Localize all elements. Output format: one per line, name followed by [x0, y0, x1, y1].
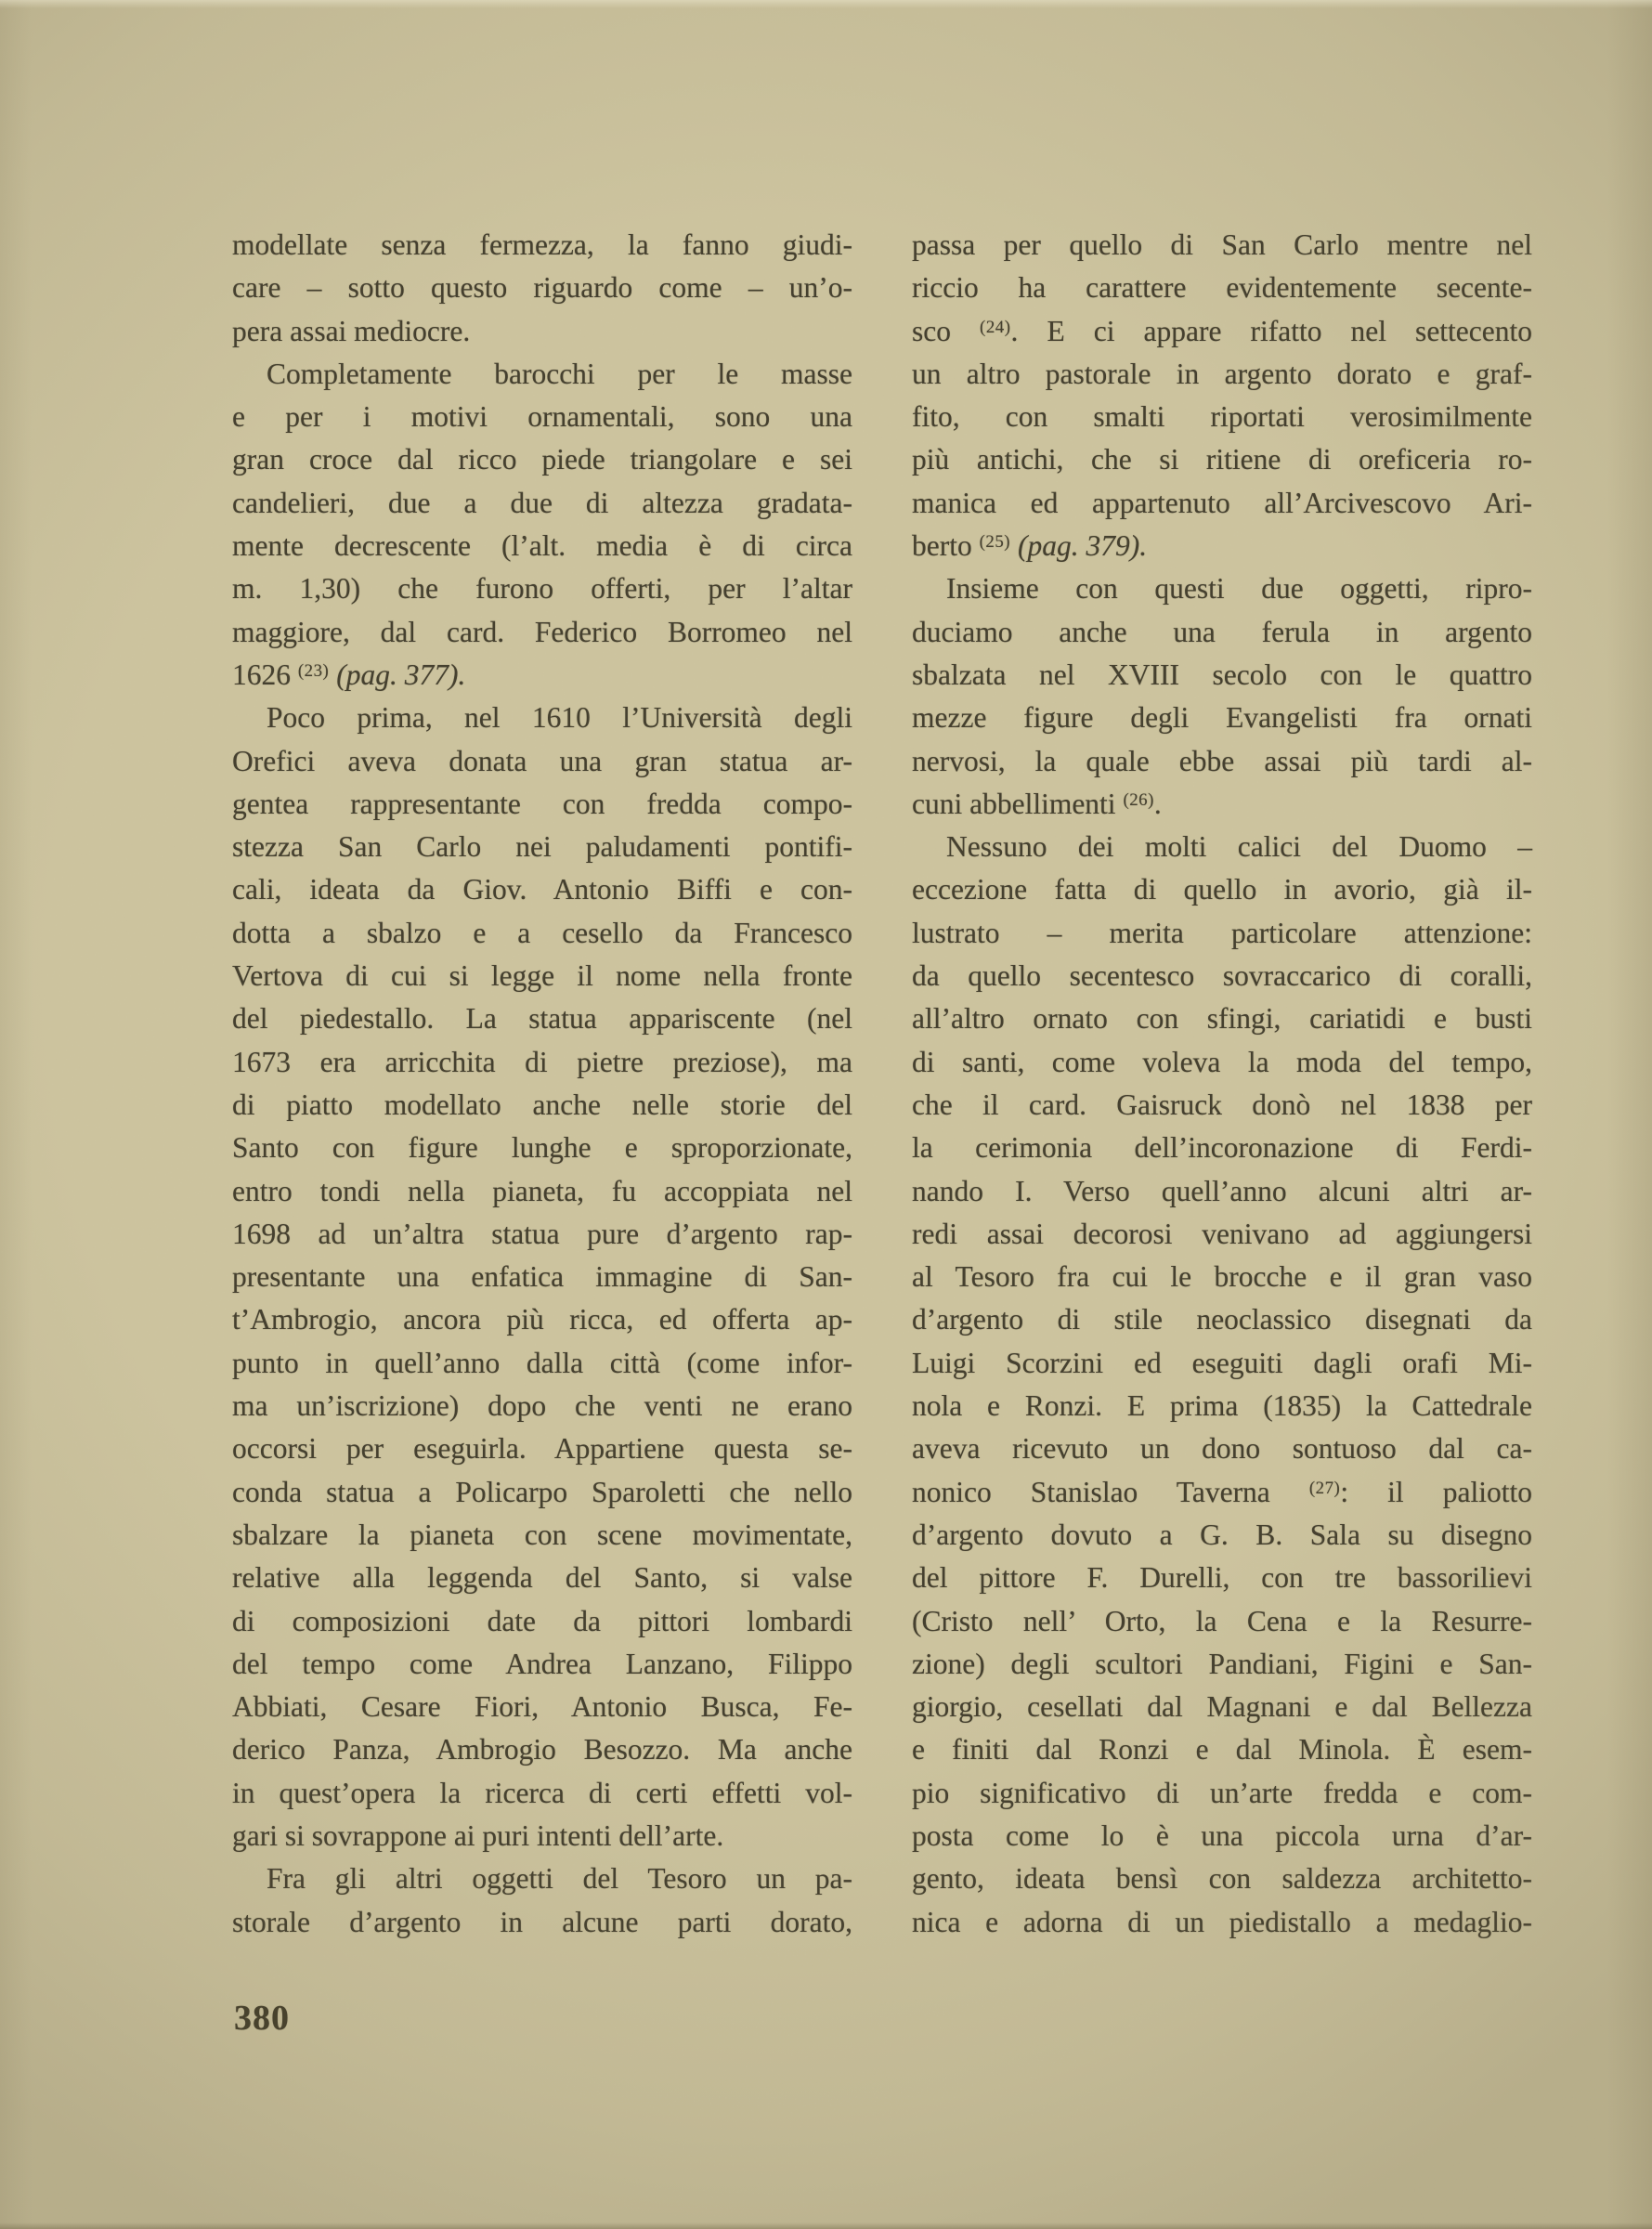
- text-line: cuni abbellimenti (26).: [912, 783, 1532, 826]
- text-line: entro tondi nella pianeta, fu accoppiata…: [232, 1170, 852, 1213]
- text-line: Orefici aveva donata una gran statua ar-: [232, 740, 852, 783]
- text-line: m. 1,30) che furono offerti, per l’altar: [232, 567, 852, 610]
- footnote-ref: (23): [298, 661, 329, 681]
- text-line: nando I. Verso quell’anno alcuni altri a…: [912, 1170, 1532, 1213]
- text-line: occorsi per eseguirla. Appartiene questa…: [232, 1427, 852, 1470]
- text-line: 1626 (23) (pag. 377).: [232, 654, 852, 697]
- text-line: berto (25) (pag. 379).: [912, 525, 1532, 567]
- text-line: Vertova di cui si legge il nome nella fr…: [232, 955, 852, 997]
- page-reference: (pag. 377).: [336, 658, 465, 691]
- text-line: gento, ideata bensì con saldezza archite…: [912, 1857, 1532, 1900]
- text-line: Fra gli altri oggetti del Tesoro un pa-: [232, 1857, 852, 1900]
- text-line: nonico Stanislao Taverna (27): il paliot…: [912, 1471, 1532, 1514]
- text-line: di composizioni date da pittori lombardi: [232, 1600, 852, 1643]
- text-line: Nessuno dei molti calici del Duomo –: [912, 826, 1532, 868]
- page-reference: (pag. 379).: [1018, 529, 1147, 562]
- text-line: giorgio, cesellati dal Magnani e dal Bel…: [912, 1686, 1532, 1728]
- text-line: modellate senza fermezza, la fanno giudi…: [232, 224, 852, 267]
- text-line: Insieme con questi due oggetti, ripro-: [912, 567, 1532, 610]
- text-line: candelieri, due a due di altezza gradata…: [232, 482, 852, 525]
- text-line: relative alla leggenda del Santo, si val…: [232, 1557, 852, 1599]
- text-line: nica e adorna di un piedistallo a medagl…: [912, 1901, 1532, 1944]
- text-line: al Tesoro fra cui le brocche e il gran v…: [912, 1256, 1532, 1298]
- text-line: sco (24). E ci appare rifatto nel settec…: [912, 310, 1532, 353]
- text-line: riccio ha carattere evidentemente secent…: [912, 267, 1532, 309]
- text-line: stezza San Carlo nei paludamenti pontifi…: [232, 826, 852, 868]
- footnote-ref: (27): [1309, 1479, 1340, 1498]
- text-line: più antichi, che si ritiene di oreficeri…: [912, 438, 1532, 481]
- text-line: passa per quello di San Carlo mentre nel: [912, 224, 1532, 267]
- text-line: sbalzare la pianeta con scene movimentat…: [232, 1514, 852, 1557]
- text-line: redi assai decorosi venivano ad aggiunge…: [912, 1213, 1532, 1256]
- text-line: gari si sovrappone ai puri intenti dell’…: [232, 1815, 852, 1857]
- text-line: punto in quell’anno dalla città (come in…: [232, 1342, 852, 1385]
- text-line: conda statua a Policarpo Sparoletti che …: [232, 1471, 852, 1514]
- book-page-scan: modellate senza fermezza, la fanno giudi…: [0, 0, 1652, 2229]
- text-line: duciamo anche una ferula in argento: [912, 611, 1532, 654]
- text-line: cali, ideata da Giov. Antonio Biffi e co…: [232, 868, 852, 911]
- text-line: d’argento di stile neoclassico disegnati…: [912, 1298, 1532, 1341]
- text-line: nervosi, la quale ebbe assai più tardi a…: [912, 740, 1532, 783]
- footnote-ref: (25): [980, 532, 1010, 552]
- text-line: maggiore, dal card. Federico Borromeo ne…: [232, 611, 852, 654]
- text-line: che il card. Gaisruck donò nel 1838 per: [912, 1084, 1532, 1127]
- text-line: da quello secentesco sovraccarico di cor…: [912, 955, 1532, 997]
- text-line: mente decrescente (l’alt. media è di cir…: [232, 525, 852, 567]
- page-number: 380: [234, 2001, 290, 2036]
- text-line: Completamente barocchi per le masse: [232, 353, 852, 396]
- text-line: lustrato – merita particolare attenzione…: [912, 912, 1532, 955]
- text-line: un altro pastorale in argento dorato e g…: [912, 353, 1532, 396]
- text-line: del tempo come Andrea Lanzano, Filippo: [232, 1643, 852, 1686]
- text-line: t’Ambrogio, ancora più ricca, ed offerta…: [232, 1298, 852, 1341]
- text-line: pera assai mediocre.: [232, 310, 852, 353]
- text-line: (Cristo nell’ Orto, la Cena e la Resurre…: [912, 1600, 1532, 1643]
- text-line: gentea rappresentante con fredda compo-: [232, 783, 852, 826]
- text-line: di piatto modellato anche nelle storie d…: [232, 1084, 852, 1127]
- text-line: la cerimonia dell’incoronazione di Ferdi…: [912, 1127, 1532, 1169]
- text-line: del pittore F. Durelli, con tre bassoril…: [912, 1557, 1532, 1599]
- text-line: Santo con figure lunghe e sproporzionate…: [232, 1127, 852, 1169]
- text-line: gran croce dal ricco piede triangolare e…: [232, 438, 852, 481]
- text-line: d’argento dovuto a G. B. Sala su disegno: [912, 1514, 1532, 1557]
- text-line: posta come lo è una piccola urna d’ar-: [912, 1815, 1532, 1857]
- text-line: dotta a sbalzo e a cesello da Francesco: [232, 912, 852, 955]
- text-line: Poco prima, nel 1610 l’Università degli: [232, 697, 852, 739]
- text-line: fito, con smalti riportati verosimilment…: [912, 396, 1532, 438]
- text-line: 1698 ad un’altra statua pure d’argento r…: [232, 1213, 852, 1256]
- text-line: e per i motivi ornamentali, sono una: [232, 396, 852, 438]
- text-line: Abbiati, Cesare Fiori, Antonio Busca, Fe…: [232, 1686, 852, 1728]
- text-line: nola e Ronzi. E prima (1835) la Cattedra…: [912, 1385, 1532, 1427]
- text-line: e finiti dal Ronzi e dal Minola. È esem-: [912, 1728, 1532, 1771]
- text-line: in quest’opera la ricerca di certi effet…: [232, 1772, 852, 1815]
- text-line: Luigi Scorzini ed eseguiti dagli orafi M…: [912, 1342, 1532, 1385]
- text-line: care – sotto questo riguardo come – un’o…: [232, 267, 852, 309]
- text-line: ma un’iscrizione) dopo che venti ne eran…: [232, 1385, 852, 1427]
- text-line: eccezione fatta di quello in avorio, già…: [912, 868, 1532, 911]
- text-line: sbalzata nel XVIII secolo con le quattro: [912, 654, 1532, 697]
- text-line: di santi, come voleva la moda del tempo,: [912, 1041, 1532, 1084]
- text-line: del piedestallo. La statua appariscente …: [232, 997, 852, 1040]
- footnote-ref: (24): [980, 318, 1010, 337]
- text-line: derico Panza, Ambrogio Besozzo. Ma anche: [232, 1728, 852, 1771]
- text-line: zione) degli scultori Pandiani, Figini e…: [912, 1643, 1532, 1686]
- text-line: storale d’argento in alcune parti dorato…: [232, 1901, 852, 1944]
- text-line: aveva ricevuto un dono sontuoso dal ca-: [912, 1427, 1532, 1470]
- text-line: presentante una enfatica immagine di San…: [232, 1256, 852, 1298]
- text-line: all’altro ornato con sfingi, cariatidi e…: [912, 997, 1532, 1040]
- text-line: pio significativo di un’arte fredda e co…: [912, 1772, 1532, 1815]
- text-line: 1673 era arricchita di pietre preziose),…: [232, 1041, 852, 1084]
- left-text-column: modellate senza fermezza, la fanno giudi…: [232, 224, 852, 1944]
- right-text-column: passa per quello di San Carlo mentre nel…: [912, 224, 1532, 1944]
- text-line: mezze figure degli Evangelisti fra ornat…: [912, 697, 1532, 739]
- text-line: manica ed appartenuto all’Arcivescovo Ar…: [912, 482, 1532, 525]
- footnote-ref: (26): [1123, 790, 1153, 810]
